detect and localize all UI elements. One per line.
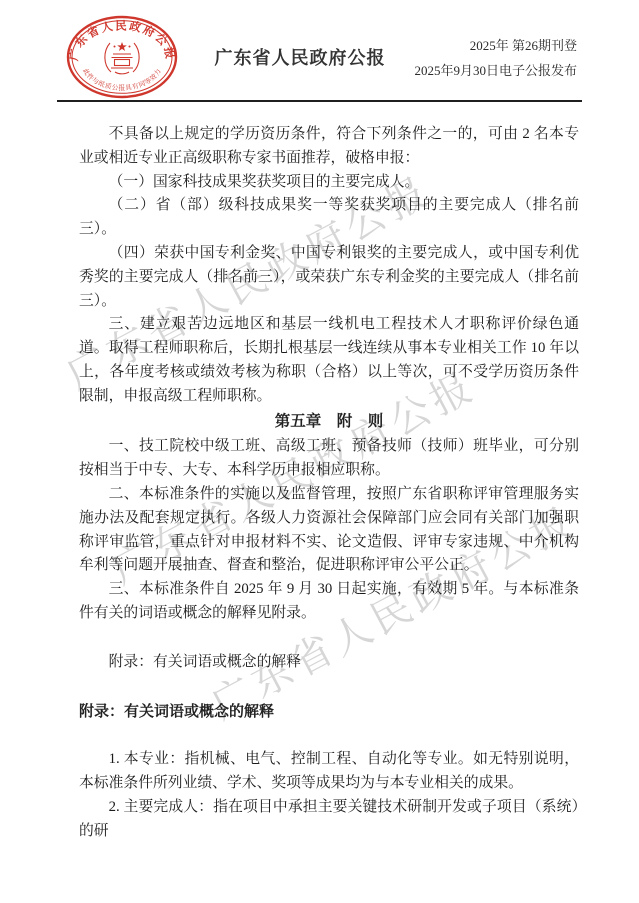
official-seal-icon: 广东省人民政府公报 此件与纸质公报具有同等效力 (66, 15, 178, 99)
list-item: （四）荣获中国专利金奖、中国专利银奖的主要完成人，或中国专利优秀奖的主要完成人（… (79, 242, 579, 313)
list-item: （一）国家科技成果奖获奖项目的主要完成人。 (79, 171, 579, 195)
definition-item: 2. 主要完成人：指在项目中承担主要关键技术研制开发或子项目（系统）的研 (79, 796, 579, 844)
publish-date-line: 2025年9月30日电子公报发布 (414, 58, 577, 83)
paragraph: 一、技工院校中级工班、高级工班、预备技师（技师）班毕业，可分别按相当于中专、大专… (79, 435, 579, 483)
national-emblem-icon (105, 42, 139, 74)
paragraph: 三、本标准条件自 2025 年 9 月 30 日起实施，有效期 5 年。与本标准… (79, 578, 579, 626)
svg-text:此件与纸质公报具有同等效力: 此件与纸质公报具有同等效力 (81, 67, 163, 92)
paragraph: 不具备以上规定的学历资历条件，符合下列条件之一的，可由 2 名本专业或相近专业正… (79, 123, 579, 171)
paragraph: 二、本标准条件的实施以及监督管理，按照广东省职称评审管理服务实施办法及配套规定执… (79, 483, 579, 578)
header-dates: 2025年 第26期刊登 2025年9月30日电子公报发布 (414, 33, 577, 83)
definition-item: 1. 本专业：指机械、电气、控制工程、自动化等专业。如无特别说明，本标准条件所列… (79, 748, 579, 796)
gazette-page: 广东省人民政府公报 广东省人民政府公报 广东省人民政府公报 广东省人民政府公报 … (0, 0, 639, 903)
seal-bottom-text: 此件与纸质公报具有同等效力 (81, 67, 163, 92)
document-body: 不具备以上规定的学历资历条件，符合下列条件之一的，可由 2 名本专业或相近专业正… (79, 123, 579, 844)
issue-line: 2025年 第26期刊登 (414, 33, 577, 58)
appendix-reference: 附录：有关词语或概念的解释 (79, 651, 579, 675)
appendix-heading: 附录：有关词语或概念的解释 (79, 700, 579, 724)
page-title: 广东省人民政府公报 (215, 44, 386, 70)
seal-top-text: 广东省人民政府公报 (66, 18, 177, 61)
paragraph: 三、建立艰苦边远地区和基层一线机电工程技术人才职称评价绿色通道。取得工程师职称后… (79, 313, 579, 408)
chapter-heading: 第五章 附 则 (79, 410, 579, 434)
list-item: （二）省（部）级科技成果奖一等奖获奖项目的主要完成人（排名前三）。 (79, 194, 579, 242)
header-divider (57, 100, 582, 102)
svg-text:广东省人民政府公报: 广东省人民政府公报 (66, 18, 177, 61)
